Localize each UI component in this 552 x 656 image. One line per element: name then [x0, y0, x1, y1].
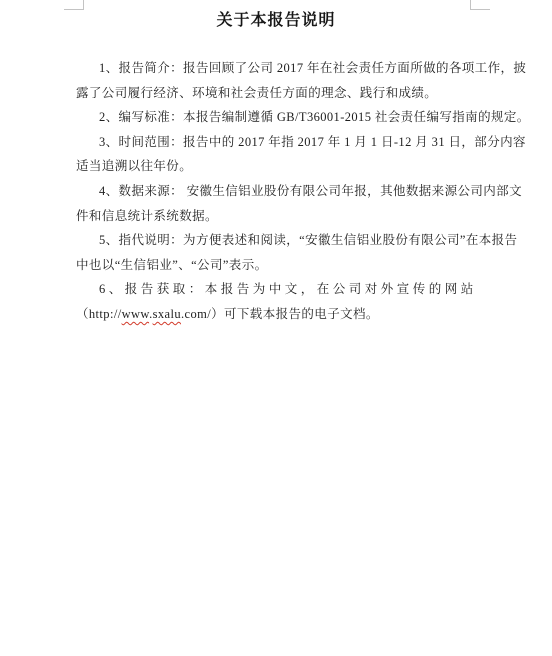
document-page: 关于本报告说明 1、报告简介：报告回顾了公司 2017 年在社会责任方面所做的各… [0, 0, 552, 656]
url-prefix: （http:// [76, 307, 122, 321]
url-suffix: com/）可下载本报告的电子文档。 [185, 307, 379, 321]
paragraph-6-line-2-url: （http://www.sxalu.com/）可下载本报告的电子文档。 [76, 302, 486, 327]
paragraph-3-line-1: 3、时间范围：报告中的 2017 年指 2017 年 1 月 1 日-12 月 … [76, 130, 486, 155]
paragraph-1-line-2: 露了公司履行经济、环境和社会责任方面的理念、践行和成绩。 [76, 81, 486, 106]
paragraph-5-line-1: 5、指代说明：为方便表述和阅读，“安徽生信铝业股份有限公司”在本报告 [76, 228, 486, 253]
paragraph-5-line-2: 中也以“生信铝业”、“公司”表示。 [76, 253, 486, 278]
paragraph-2-line-1: 2、编写标准：本报告编制遵循 GB/T36001-2015 社会责任编写指南的规… [76, 105, 486, 130]
url-www-misspelled: www [122, 307, 149, 321]
paragraph-6-line-1: 6、报告获取：本报告为中文，在公司对外宣传的网站 [76, 277, 486, 302]
url-domain-misspelled: sxalu [153, 307, 181, 321]
paragraph-3-line-2: 适当追溯以往年份。 [76, 154, 486, 179]
paragraph-1-line-1: 1、报告简介：报告回顾了公司 2017 年在社会责任方面所做的各项工作，披 [76, 56, 486, 81]
document-body: 1、报告简介：报告回顾了公司 2017 年在社会责任方面所做的各项工作，披 露了… [76, 56, 486, 327]
page-title: 关于本报告说明 [76, 7, 476, 30]
paragraph-4-line-2: 件和信息统计系统数据。 [76, 204, 486, 229]
paragraph-4-line-1: 4、数据来源： 安徽生信铝业股份有限公司年报，其他数据来源公司内部文 [76, 179, 486, 204]
